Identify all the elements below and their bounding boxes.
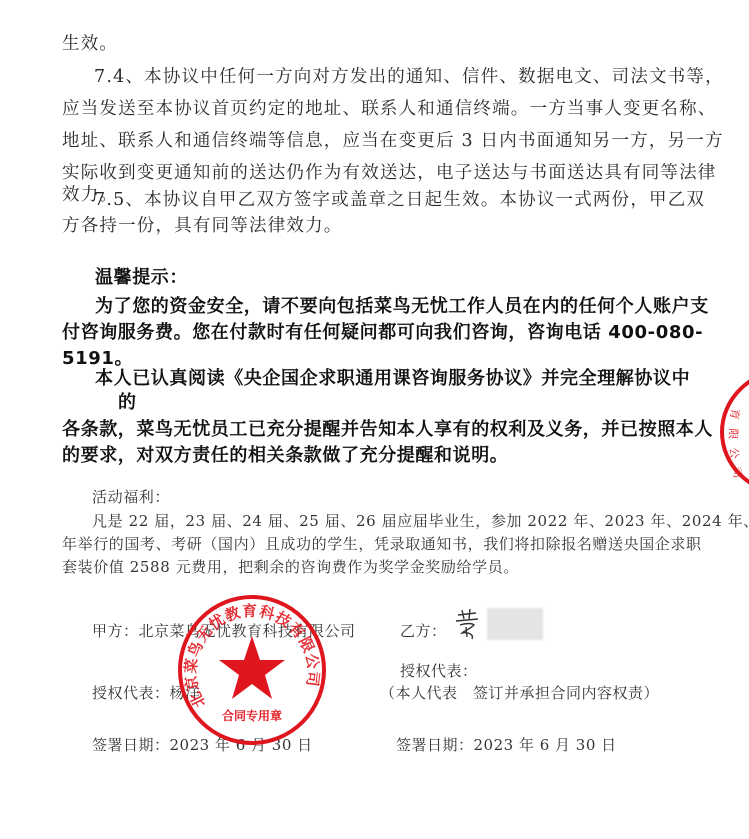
promotion-title: 活动福利： bbox=[92, 486, 170, 507]
party-b-date: 签署日期：2023 年 6 月 30 日 bbox=[396, 734, 617, 755]
clause-7-3-tail: 生效。 bbox=[62, 30, 118, 55]
star-icon bbox=[219, 636, 285, 699]
svg-text:合同专用章: 合同专用章 bbox=[222, 708, 282, 723]
ack-line-3: 各条款，菜鸟无忧员工已充分提醒并告知本人享有的权利及义务，并已按照本人 bbox=[62, 415, 713, 441]
clause-7-5-line-1: 7.5、本协议自甲乙双方签字或盖章之日起生效。本协议一式两份，甲乙双 bbox=[94, 186, 705, 211]
redacted-name-blur bbox=[487, 608, 543, 640]
cross-page-seal-stamp: 育 限 公 司 bbox=[716, 368, 749, 496]
party-b-label: 乙方： bbox=[400, 620, 447, 641]
party-b-representative-note: （本人代表 签订并承担合同内容权责） bbox=[380, 682, 659, 703]
clause-7-5-line-2: 方各持一份，具有同等法律效力。 bbox=[62, 212, 343, 237]
ack-line-1: 本人已认真阅读《央企国企求职通用课咨询服务协议》并完全理解协议中 bbox=[95, 364, 690, 390]
clause-7-4-line-4: 实际收到变更通知前的送达仍作为有效送达，电子送达与书面送达具有同等法律 bbox=[62, 159, 717, 184]
promotion-line-2: 年举行的国考、考研（国内）且成功的学生，凭录取通知书，我们将扣除报名赠送央国企求… bbox=[62, 533, 702, 554]
notice-title: 温馨提示： bbox=[95, 263, 188, 289]
notice-line-2: 付咨询服务费。您在付款时有任何疑问都可向我们咨询，咨询电话 400-080- bbox=[62, 318, 703, 344]
party-b-representative-label: 授权代表： bbox=[400, 660, 478, 681]
svg-text:限: 限 bbox=[726, 428, 740, 440]
ack-line-2: 的 bbox=[118, 388, 137, 414]
party-b-handwritten-signature bbox=[452, 607, 492, 641]
ack-line-4: 的要求，对双方责任的相关条款做了充分提醒和说明。 bbox=[62, 441, 508, 467]
notice-line-1: 为了您的资金安全，请不要向包括菜鸟无忧工作人员在内的任何个人账户支 bbox=[95, 292, 709, 318]
promotion-line-1: 凡是 22 届，23 届、24 届、25 届、26 届应届毕业生，参加 2022… bbox=[92, 510, 749, 531]
svg-text:公: 公 bbox=[727, 447, 741, 459]
clause-7-4-line-3: 地址、联系人和通信终端等信息，应当在变更后 3 日内书面通知另一方，另一方 bbox=[62, 127, 724, 152]
clause-7-4-line-2: 应当发送至本协议首页约定的地址、联系人和通信终端。一方当事人变更名称、 bbox=[62, 95, 717, 120]
promotion-line-3: 套装价值 2588 元费用，把剩余的咨询费作为奖学金奖励给学员。 bbox=[62, 556, 519, 577]
clause-7-4-line-1: 7.4、本协议中任何一方向对方发出的通知、信件、数据电文、司法文书等， bbox=[94, 63, 724, 88]
company-seal-stamp: 北京菜鸟无忧教育科技有限公司 合同专用章 bbox=[176, 594, 328, 746]
svg-text:育: 育 bbox=[727, 407, 743, 420]
